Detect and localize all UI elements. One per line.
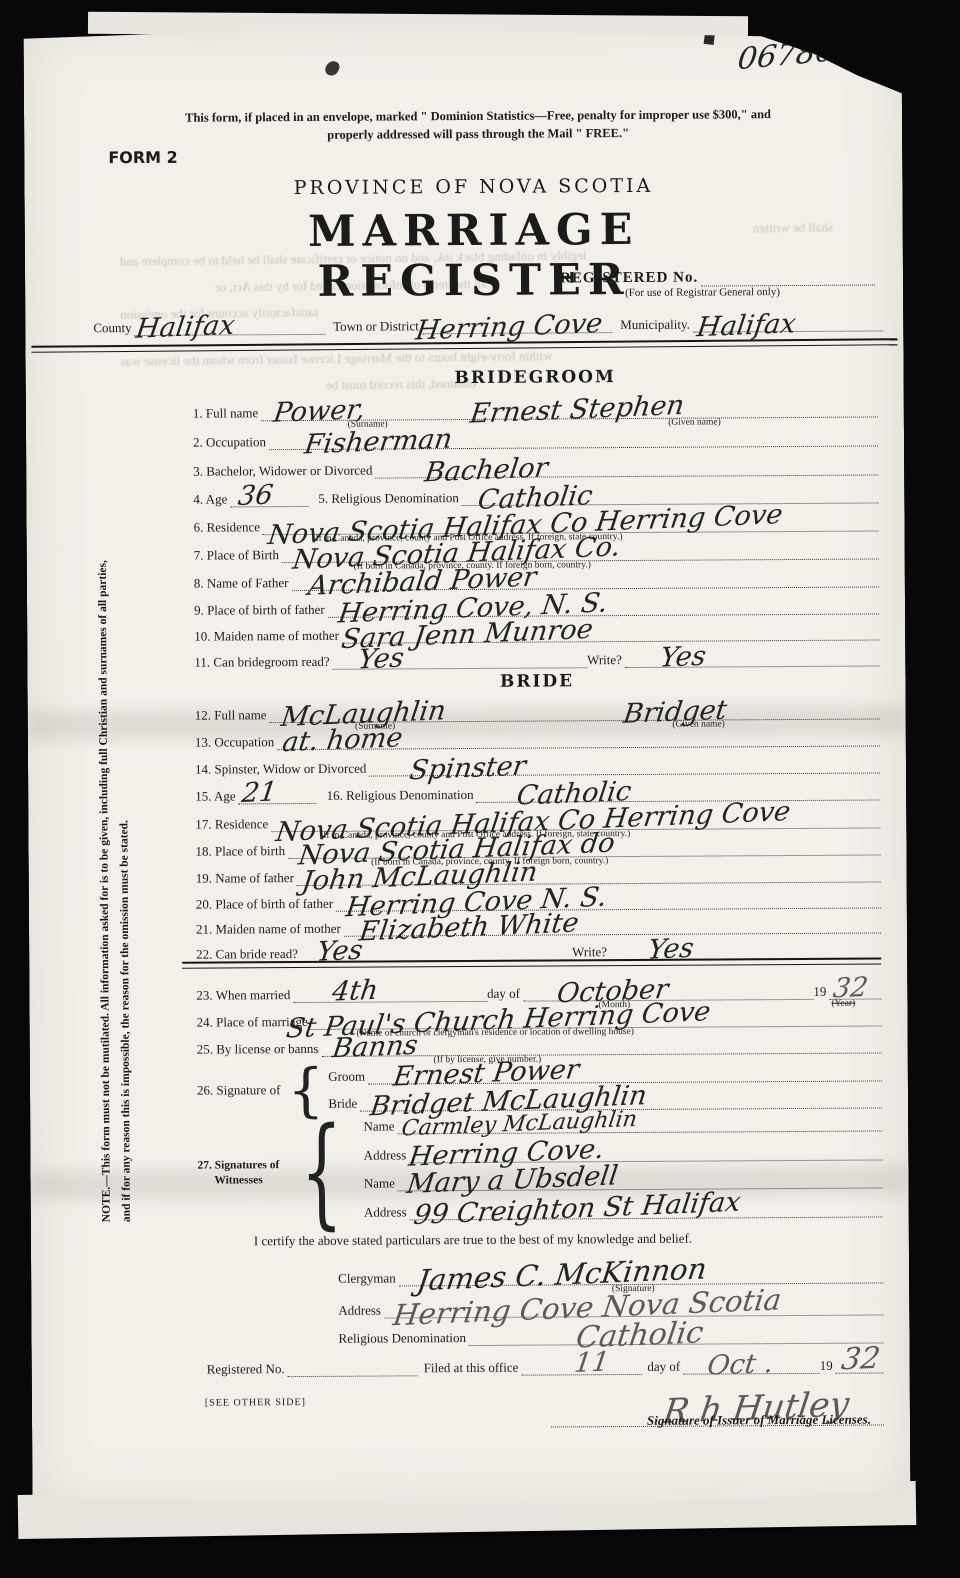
day-of-label: day of xyxy=(487,986,523,1002)
field-groom-fullname: 1. Full name (Surname) (Given name) Powe… xyxy=(193,397,878,421)
field-groom-residence: 6. Residence (If in Canada, province, co… xyxy=(193,511,878,535)
dotted-line: (Surname) (Given name) McLaughlin Bridge… xyxy=(270,702,880,723)
address-label: Address xyxy=(364,1204,410,1220)
dotted-line: (If born in Canada, province, county. If… xyxy=(282,542,879,563)
certify-statement: I certify the above stated particulars a… xyxy=(254,1231,692,1250)
dotted-line: Elizabeth White xyxy=(344,916,881,936)
dotted-line: 36 xyxy=(230,490,308,507)
groom-surname-value: Power, xyxy=(271,396,366,427)
name-label: Name xyxy=(364,1175,398,1191)
scanned-document: shall be written legibly in unfading bla… xyxy=(0,0,960,1578)
field-label: 23. When married xyxy=(196,987,293,1004)
field-label: 1. Full name xyxy=(193,405,261,421)
clergyman-row: Clergyman (Signature) James C. McKinnon xyxy=(338,1263,883,1286)
day-of-label: day of xyxy=(641,1359,683,1375)
dotted-line: 11 xyxy=(521,1358,641,1376)
filed-month-value: Oct . xyxy=(706,1350,775,1380)
field-label: 13. Occupation xyxy=(195,734,278,751)
dotted-line: Mary a Ubsdell xyxy=(398,1171,883,1191)
section-title-bride: BRIDE xyxy=(194,669,879,693)
field-label: 20. Place of birth of father xyxy=(196,896,336,913)
name-label: Name xyxy=(363,1118,397,1134)
dotted-line: Herring Cove, N. S. xyxy=(328,597,879,617)
groom-age-value: 36 xyxy=(236,482,274,510)
dotted-line: Oct . xyxy=(683,1357,820,1375)
field-label: 19. Name of father xyxy=(196,870,297,887)
write-label: Write? xyxy=(572,944,610,960)
field-groom-birthplace: 7. Place of Birth (If born in Canada, pr… xyxy=(194,539,879,563)
field-label: 11. Can bridegroom read? xyxy=(194,654,332,671)
clergyman-label: Clergyman xyxy=(338,1270,399,1286)
groom-label: Groom xyxy=(328,1069,368,1085)
dotted-line: Herring Cove Nova Scotia xyxy=(384,1298,883,1318)
field-label: 10. Maiden name of mother xyxy=(194,628,342,645)
dotted-line: Spinster xyxy=(369,756,880,776)
dotted-line: Sara Jenn Munroe xyxy=(342,623,879,643)
form-number: FORM 2 xyxy=(108,148,178,167)
field-place-of-marriage: 24. Place of marriage (Name of church or… xyxy=(197,1006,882,1030)
field-label: 14. Spinster, Widow or Divorced xyxy=(195,761,369,778)
write-label: Write? xyxy=(587,652,625,668)
sidebar-note: NOTE.—This form must not be mutilated. A… xyxy=(93,542,149,1222)
dotted-line: 99 Creighton St Halifax xyxy=(410,1200,883,1220)
bride-occupation-value: at. home xyxy=(281,724,405,756)
field-label: 16. Religious Denomination xyxy=(317,787,477,804)
field-label: 18. Place of birth xyxy=(195,843,288,860)
dotted-line xyxy=(288,1359,418,1377)
field-witnesses: 27. Signatures of Witnesses { Name Carml… xyxy=(197,1109,883,1233)
field-label: 7. Place of Birth xyxy=(194,547,282,564)
dotted-line: Yes xyxy=(625,649,880,668)
groom-write-value: Yes xyxy=(659,643,708,672)
field-groom-father: 8. Name of Father Archibald Power xyxy=(194,567,879,591)
field-when-married: 23. When married 4th day of (Month) Octo… xyxy=(196,979,881,1003)
dotted-line: Catholic xyxy=(469,1326,884,1346)
dotted-line: 4th xyxy=(293,985,487,1003)
sidebar-note-text: NOTE.—This form must not be mutilated. A… xyxy=(93,542,137,1222)
clergyman-address-row: Address Herring Cove Nova Scotia xyxy=(338,1295,883,1318)
dotted-line: Yes xyxy=(333,651,588,670)
dotted-line: Carmley McLaughlin xyxy=(397,1114,882,1134)
field-bride-father: 19. Name of father John McLaughlin xyxy=(196,862,881,886)
dotted-line: Herring Cove N. S. xyxy=(336,891,881,911)
section-title-bridegroom: BRIDEGROOM xyxy=(193,365,878,389)
issuer-signature-label: Signature of Issuer of Marriage Licenses… xyxy=(647,1412,871,1429)
groom-given-value: Ernest Stephen xyxy=(468,392,685,428)
witness1-address-row: Address Herring Cove. xyxy=(364,1140,883,1163)
clergyman-denomination-row: Religious Denomination Catholic xyxy=(338,1323,883,1346)
form-content: BRIDEGROOM 1. Full name (Surname) (Given… xyxy=(190,17,884,1509)
registered-filed-row: Registered No. Filed at this office 11 d… xyxy=(207,1353,884,1377)
field-label: 5. Religious Denomination xyxy=(308,490,462,507)
see-other-side-label: [SEE OTHER SIDE] xyxy=(205,1397,306,1409)
bride-age-value: 21 xyxy=(241,779,279,807)
witness1-name-row: Name Carmley McLaughlin xyxy=(363,1111,882,1134)
dotted-line: (If in Canada, province, county and Post… xyxy=(263,514,879,535)
dotted-line: (Surname) (Given name) Power, Ernest Ste… xyxy=(261,400,878,421)
field-license-or-banns: 25. By license or banns (If by license, … xyxy=(197,1033,882,1057)
brace-glyph: { xyxy=(300,1113,343,1233)
dotted-line: Fisherman xyxy=(269,429,878,450)
field-label: 17. Residence xyxy=(195,816,271,832)
county-label: County xyxy=(93,320,134,336)
field-bride-status: 14. Spinster, Widow or Divorced Spinster xyxy=(195,753,880,777)
field-label: 12. Full name xyxy=(195,707,270,723)
field-bride-residence: 17. Residence (If in Canada, province, c… xyxy=(195,808,880,832)
field-bride-mother: 21. Maiden name of mother Elizabeth Whit… xyxy=(196,913,881,937)
registered-no-label: Registered No. xyxy=(207,1361,288,1377)
field-label: 26. Signature of xyxy=(197,1082,284,1099)
field-label: 6. Residence xyxy=(194,519,264,535)
dotted-line: 21 xyxy=(239,787,317,804)
field-groom-literacy: 11. Can bridegroom read? Yes Write? Yes xyxy=(194,646,879,670)
dotted-line: (Year) 32 xyxy=(829,982,881,999)
groom-occupation-value: Fisherman xyxy=(303,426,454,459)
filed-year-value: 32 xyxy=(840,1344,882,1376)
dotted-line: (If by license, give number.) Banns xyxy=(321,1036,881,1056)
marriage-day-value: 4th xyxy=(330,977,379,1006)
groom-read-value: Yes xyxy=(356,645,405,674)
bride-status-value: Spinster xyxy=(408,753,528,785)
marriage-register-page: shall be written legibly in unfading bla… xyxy=(23,17,910,1510)
denomination-label: Religious Denomination xyxy=(338,1330,469,1347)
witnesses-label-line1: 27. Signatures of xyxy=(197,1158,279,1173)
field-groom-status: 3. Bachelor, Widower or Divorced Bachelo… xyxy=(193,455,878,479)
dotted-line: 32 xyxy=(836,1356,884,1373)
field-bride-fullname: 12. Full name (Surname) (Given name) McL… xyxy=(195,699,880,723)
address-label: Address xyxy=(364,1147,410,1163)
year-prefix: 19 xyxy=(820,1358,836,1374)
banns-value: Banns xyxy=(331,1032,420,1062)
field-label: 8. Name of Father xyxy=(194,575,292,592)
filed-label: Filed at this office xyxy=(418,1360,522,1377)
dotted-line: at. home xyxy=(277,729,880,750)
field-bride-occupation: 13. Occupation at. home xyxy=(195,726,880,750)
dotted-line: (Signature) James C. McKinnon xyxy=(399,1266,884,1286)
dotted-line: Herring Cove. xyxy=(409,1143,882,1163)
year-prefix: 19 xyxy=(813,984,829,1000)
field-groom-father-birthplace: 9. Place of birth of father Herring Cove… xyxy=(194,594,879,618)
dotted-line: (If born in Canada, province, county. If… xyxy=(288,838,881,859)
bride-given-value: Bridget xyxy=(621,697,728,728)
field-groom-mother: 10. Maiden name of mother Sara Jenn Munr… xyxy=(194,620,879,644)
witness2-address-row: Address 99 Creighton St Halifax xyxy=(364,1197,883,1220)
field-groom-occupation: 2. Occupation Fisherman xyxy=(193,426,878,450)
field-label: 9. Place of birth of father xyxy=(194,602,328,619)
address-label: Address xyxy=(338,1303,384,1319)
field-label: 2. Occupation xyxy=(193,434,269,450)
field-label: 21. Maiden name of mother xyxy=(196,921,344,938)
field-label: 3. Bachelor, Widower or Divorced xyxy=(193,463,375,480)
dotted-line: (Name of church or clergyman's residence… xyxy=(311,1009,882,1029)
groom-status-value: Bachelor xyxy=(424,454,551,486)
field-label: 4. Age xyxy=(193,491,230,507)
field-label: 15. Age xyxy=(195,788,239,804)
witness2-name-row: Name Mary a Ubsdell xyxy=(364,1168,883,1191)
witnesses-label-line2: Witnesses xyxy=(197,1173,279,1188)
marriage-year-value: 32 xyxy=(831,974,869,1002)
filed-day-value: 11 xyxy=(572,1349,610,1377)
dotted-line: Bachelor xyxy=(375,458,878,478)
